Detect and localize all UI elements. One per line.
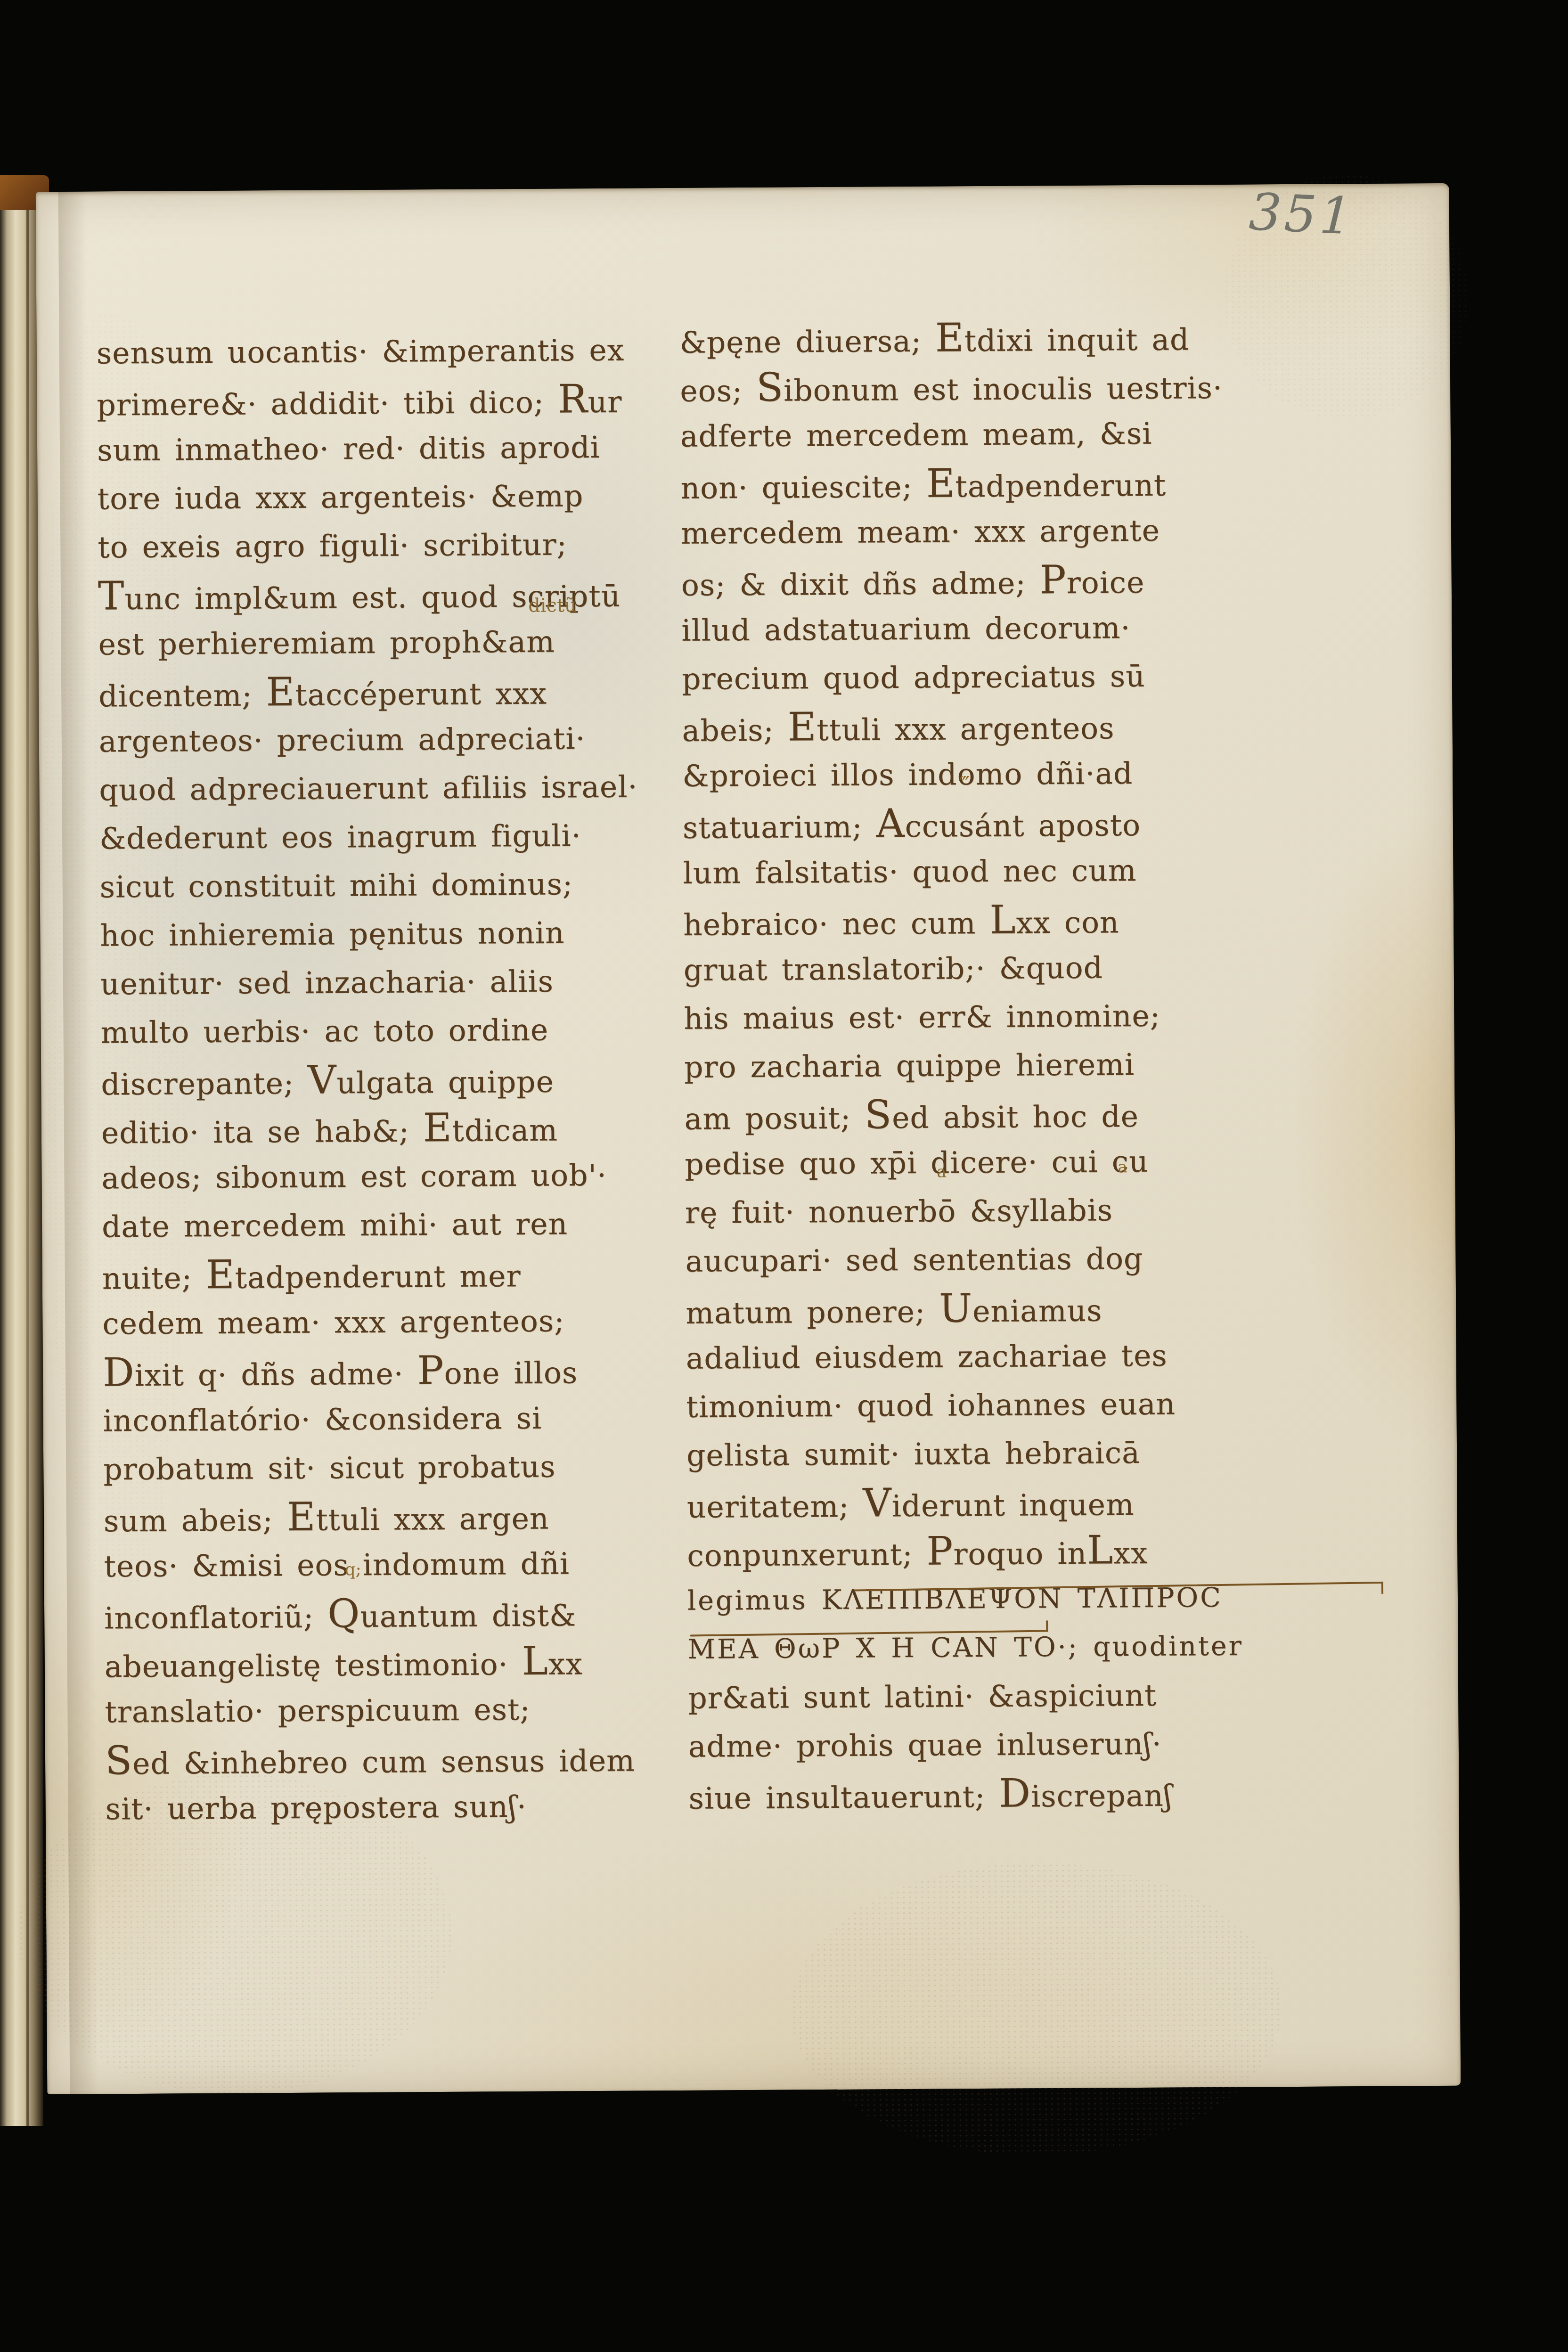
text-line: abeuangelistę testimonio· Lxx bbox=[104, 1636, 643, 1688]
text-line: teos· &misi eos indomum dñi bbox=[104, 1539, 643, 1591]
text-line: pro zacharia quippe hieremi bbox=[684, 1040, 1240, 1092]
text-line: uenitur· sed inzacharia· aliis bbox=[100, 956, 639, 1008]
text-line: statuarium; Accusánt aposto bbox=[683, 797, 1239, 849]
text-column-right: &pęne diuersa; Etdixi inquit adeos; Sibo… bbox=[679, 312, 1244, 1820]
text-line: his maius est· err& innomine; bbox=[684, 991, 1240, 1043]
text-line: Sed &inhebreo cum sensus idem bbox=[105, 1733, 644, 1785]
text-line: to exeis agro figuli· scribitur; bbox=[98, 520, 637, 572]
text-line: eos; Sibonum est inoculis uestris· bbox=[680, 360, 1236, 412]
text-line: abeis; Ettuli xxx argenteos bbox=[682, 700, 1238, 752]
text-line: dicentem; Etaccéperunt xxx bbox=[98, 665, 637, 717]
text-line: os; & dixit dñs adme; Proice bbox=[681, 555, 1237, 606]
text-line: multo uerbis· ac toto ordine bbox=[100, 1005, 639, 1057]
text-line: adaliud eiusdem zachariae tes bbox=[686, 1331, 1242, 1383]
text-line: ueritatem; Viderunt inquem bbox=[686, 1477, 1242, 1528]
text-line: matum ponere; Ueniamus bbox=[686, 1282, 1241, 1334]
book-gutter-edge bbox=[0, 204, 43, 2126]
text-line: adme· prohis quae inluserunʃ· bbox=[688, 1719, 1244, 1771]
text-line: nuite; Etadpenderunt mer bbox=[102, 1248, 641, 1299]
interlinear-gloss-q: q; bbox=[344, 1560, 361, 1579]
text-line: pedise quo xp̄i dicere· cui cu bbox=[685, 1137, 1241, 1189]
text-line: gelista sumit· iuxta hebraicā bbox=[686, 1428, 1242, 1480]
text-line: aucupari· sed sententias dog bbox=[685, 1234, 1241, 1286]
text-line: inconflatoriũ; Quantum dist& bbox=[104, 1587, 643, 1639]
text-line: translatio· perspicuum est; bbox=[105, 1684, 644, 1736]
text-line: MEA ΘωΡ Χ Η CΑΝ ΤΟ·; quodinter bbox=[687, 1622, 1243, 1674]
text-line: quod adpreciauerunt afiliis israel· bbox=[99, 762, 638, 814]
text-line: am posuit; Sed absit hoc de bbox=[684, 1088, 1240, 1140]
interlinear-correction-a-uerbo: a bbox=[937, 1162, 947, 1181]
text-line: sit· uerba prępostera sunʃ· bbox=[105, 1781, 644, 1833]
text-line: legimus KΛΕΠΙΒΛΕΨΟΝ ΤΛΙΠΡΟC bbox=[687, 1574, 1243, 1625]
folio-number: 351 bbox=[1248, 183, 1356, 246]
text-line: conpunxerunt; Proquo inLxx bbox=[687, 1525, 1243, 1577]
text-line: tore iuda xxx argenteis· &emp bbox=[97, 471, 636, 523]
insertion-mark: ‴ bbox=[959, 772, 970, 796]
text-line: argenteos· precium adpreciati· bbox=[99, 714, 638, 766]
text-line: lum falsitatis· quod nec cum bbox=[683, 846, 1239, 898]
text-line: est perhieremiam proph&am bbox=[98, 617, 637, 669]
text-line: discrepante; Vulgata quippe bbox=[101, 1053, 640, 1105]
gutter-crease bbox=[26, 204, 29, 2126]
text-line: mercedem meam· xxx argente bbox=[681, 506, 1237, 558]
text-line: editio· ita se hab&; Etdicam bbox=[101, 1102, 640, 1154]
text-line: Dixit q· dñs adme· Pone illos bbox=[103, 1345, 642, 1396]
text-line: sensum uocantis· &imperantis ex bbox=[96, 326, 635, 377]
text-line: sum inmatheo· red· ditis aprodi bbox=[97, 423, 636, 474]
text-line: hebraico· nec cum Lxx con bbox=[683, 894, 1239, 946]
parchment-page: 351 sensum uocantis· &imperantis exprime… bbox=[36, 183, 1461, 2094]
text-line: &dederunt eos inagrum figuli· bbox=[99, 811, 638, 863]
parchment-follicle-texture bbox=[790, 1862, 1282, 2156]
text-column-left: sensum uocantis· &imperantis exprimere&·… bbox=[96, 326, 644, 1833]
text-line: non· quiescite; Etadpenderunt bbox=[680, 457, 1236, 509]
text-line: cedem meam· xxx argenteos; bbox=[102, 1296, 641, 1348]
text-line: primere&· addidit· tibi dico; Rur bbox=[97, 374, 636, 426]
text-line: sicut constituit mihi dominus; bbox=[99, 859, 638, 911]
text-line: rę fuit· nonuerbō &syllabis bbox=[685, 1185, 1241, 1237]
text-line: timonium· quod iohannes euan bbox=[686, 1380, 1242, 1431]
interlinear-gloss-dictum: dictũ bbox=[528, 595, 577, 617]
text-line: hoc inhieremia pęnitus nonin bbox=[100, 908, 639, 960]
text-line: illud adstatuarium decorum· bbox=[681, 603, 1237, 655]
text-line: gruat translatorib;· &quod bbox=[683, 943, 1239, 995]
text-line: siue insultauerunt; Discrepanʃ bbox=[688, 1768, 1244, 1820]
text-line: adeos; sibonum est coram uob'· bbox=[101, 1151, 640, 1202]
manuscript-photo: 351 sensum uocantis· &imperantis exprime… bbox=[0, 0, 1568, 2352]
text-line: adferte mercedem meam, &si bbox=[680, 409, 1236, 461]
text-line: precium quod adpreciatus sū bbox=[682, 652, 1238, 703]
interlinear-correction-a-syllabis: a bbox=[1118, 1158, 1127, 1176]
text-line: &pęne diuersa; Etdixi inquit ad bbox=[679, 312, 1235, 364]
text-line: inconflatório· &considera si bbox=[103, 1393, 642, 1445]
text-line: pr&ati sunt latini· &aspiciunt bbox=[688, 1671, 1244, 1723]
text-line: sum abeis; Ettuli xxx argen bbox=[104, 1490, 643, 1542]
text-line: date mercedem mihi· aut ren bbox=[102, 1199, 641, 1251]
text-line: probatum sit· sicut probatus bbox=[103, 1442, 642, 1494]
